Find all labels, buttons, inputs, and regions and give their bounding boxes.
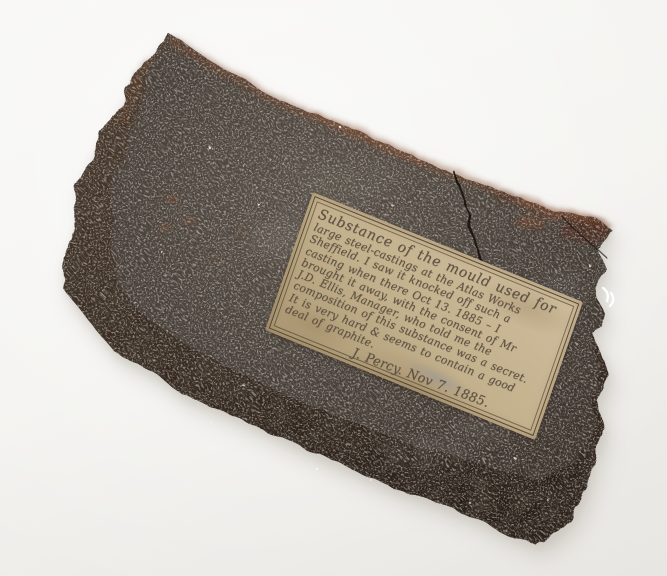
sparkle xyxy=(585,261,587,263)
sparkle xyxy=(211,149,214,152)
sparkle xyxy=(257,203,259,205)
sparkle xyxy=(340,127,342,129)
sparkle xyxy=(471,504,473,506)
dust-highlight xyxy=(603,288,613,306)
photo-backdrop: Substance of the mould used for large st… xyxy=(0,0,667,576)
sparkle xyxy=(514,457,517,460)
sparkle xyxy=(209,420,211,422)
sparkle xyxy=(317,469,319,471)
sparkle xyxy=(547,499,549,501)
sparkle xyxy=(131,299,133,301)
sparkle xyxy=(390,203,392,205)
sparkle xyxy=(159,249,161,251)
sparkle xyxy=(245,387,248,390)
sparkle xyxy=(371,480,373,482)
